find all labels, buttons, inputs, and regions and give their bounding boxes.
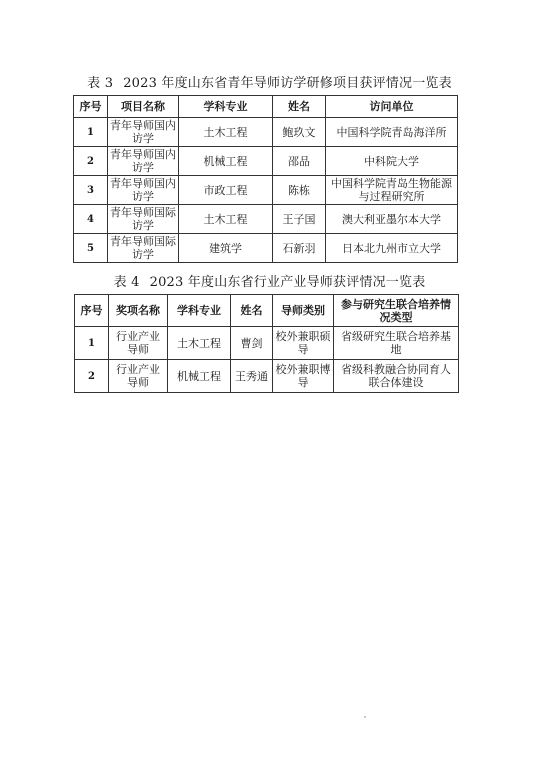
header-cell: 导师类别: [273, 295, 334, 327]
table3-caption: 表 32023 年度山东省青年导师访学研修项目获评情况一览表: [0, 72, 539, 91]
table-row: 1 行业产业导师 土木工程 曹剑 校外兼职硕导 省级研究生联合培养基地: [75, 327, 459, 360]
project-name: 青年导师国际访学: [108, 205, 179, 234]
row-number: 2: [75, 360, 109, 393]
award-name: 行业产业导师: [109, 327, 168, 360]
header-cell: 姓名: [231, 295, 273, 327]
table4-header-row: 序号 奖项名称 学科专业 姓名 导师类别 参与研究生联合培养情况类型: [75, 295, 459, 327]
table3-caption-title: 2023 年度山东省青年导师访学研修项目获评情况一览表: [123, 76, 452, 91]
row-number: 1: [75, 327, 109, 360]
table-row: 4 青年导师国际访学 土木工程 王子国 澳大利亚墨尔本大学: [74, 205, 458, 234]
person-name: 王子国: [273, 205, 326, 234]
header-cell: 学科专业: [179, 96, 273, 118]
visit-unit: 日本北九州市立大学: [326, 234, 458, 263]
project-name: 青年导师国际访学: [108, 234, 179, 263]
table4-caption-title: 2023 年度山东省行业产业导师获评情况一览表: [150, 275, 426, 290]
header-cell: 姓名: [273, 96, 326, 118]
table-row: 5 青年导师国际访学 建筑学 石新羽 日本北九州市立大学: [74, 234, 458, 263]
major: 土木工程: [168, 327, 231, 360]
visit-unit: 澳大利亚墨尔本大学: [326, 205, 458, 234]
visit-unit: 中科院大学: [326, 147, 458, 176]
header-cell: 序号: [74, 96, 108, 118]
major: 机械工程: [179, 147, 273, 176]
mentor-category: 校外兼职博导: [273, 360, 334, 393]
major: 建筑学: [179, 234, 273, 263]
table4: 序号 奖项名称 学科专业 姓名 导师类别 参与研究生联合培养情况类型 1 行业产…: [74, 294, 459, 393]
header-cell: 序号: [75, 295, 109, 327]
person-name: 王秀通: [231, 360, 273, 393]
award-name: 行业产业导师: [109, 360, 168, 393]
major: 土木工程: [179, 118, 273, 147]
person-name: 石新羽: [273, 234, 326, 263]
person-name: 鲍玖文: [273, 118, 326, 147]
visit-unit: 中国科学院青岛海洋所: [326, 118, 458, 147]
project-name: 青年导师国内访学: [108, 118, 179, 147]
project-name: 青年导师国内访学: [108, 176, 179, 205]
row-number: 3: [74, 176, 108, 205]
training-type: 省级科教融合协同育人联合体建设: [334, 360, 459, 393]
header-cell: 学科专业: [168, 295, 231, 327]
row-number: 4: [74, 205, 108, 234]
person-name: 邵品: [273, 147, 326, 176]
table3-header-row: 序号 项目名称 学科专业 姓名 访问单位: [74, 96, 458, 118]
major: 机械工程: [168, 360, 231, 393]
major: 土木工程: [179, 205, 273, 234]
table-row: 3 青年导师国内访学 市政工程 陈栋 中国科学院青岛生物能源与过程研究所: [74, 176, 458, 205]
table4-caption-number: 表 4: [114, 275, 140, 290]
table-row: 2 青年导师国内访学 机械工程 邵品 中科院大学: [74, 147, 458, 176]
scan-speck: [364, 716, 366, 718]
table-row: 1 青年导师国内访学 土木工程 鲍玖文 中国科学院青岛海洋所: [74, 118, 458, 147]
table3: 序号 项目名称 学科专业 姓名 访问单位 1 青年导师国内访学 土木工程 鲍玖文…: [73, 95, 458, 263]
training-type: 省级研究生联合培养基地: [334, 327, 459, 360]
row-number: 5: [74, 234, 108, 263]
visit-unit: 中国科学院青岛生物能源与过程研究所: [326, 176, 458, 205]
header-cell: 参与研究生联合培养情况类型: [334, 295, 459, 327]
header-cell: 奖项名称: [109, 295, 168, 327]
person-name: 陈栋: [273, 176, 326, 205]
person-name: 曹剑: [231, 327, 273, 360]
major: 市政工程: [179, 176, 273, 205]
header-cell: 访问单位: [326, 96, 458, 118]
table-row: 2 行业产业导师 机械工程 王秀通 校外兼职博导 省级科教融合协同育人联合体建设: [75, 360, 459, 393]
table4-caption: 表 42023 年度山东省行业产业导师获评情况一览表: [0, 271, 539, 290]
header-cell: 项目名称: [108, 96, 179, 118]
row-number: 2: [74, 147, 108, 176]
mentor-category: 校外兼职硕导: [273, 327, 334, 360]
project-name: 青年导师国内访学: [108, 147, 179, 176]
row-number: 1: [74, 118, 108, 147]
table3-caption-number: 表 3: [87, 76, 113, 91]
